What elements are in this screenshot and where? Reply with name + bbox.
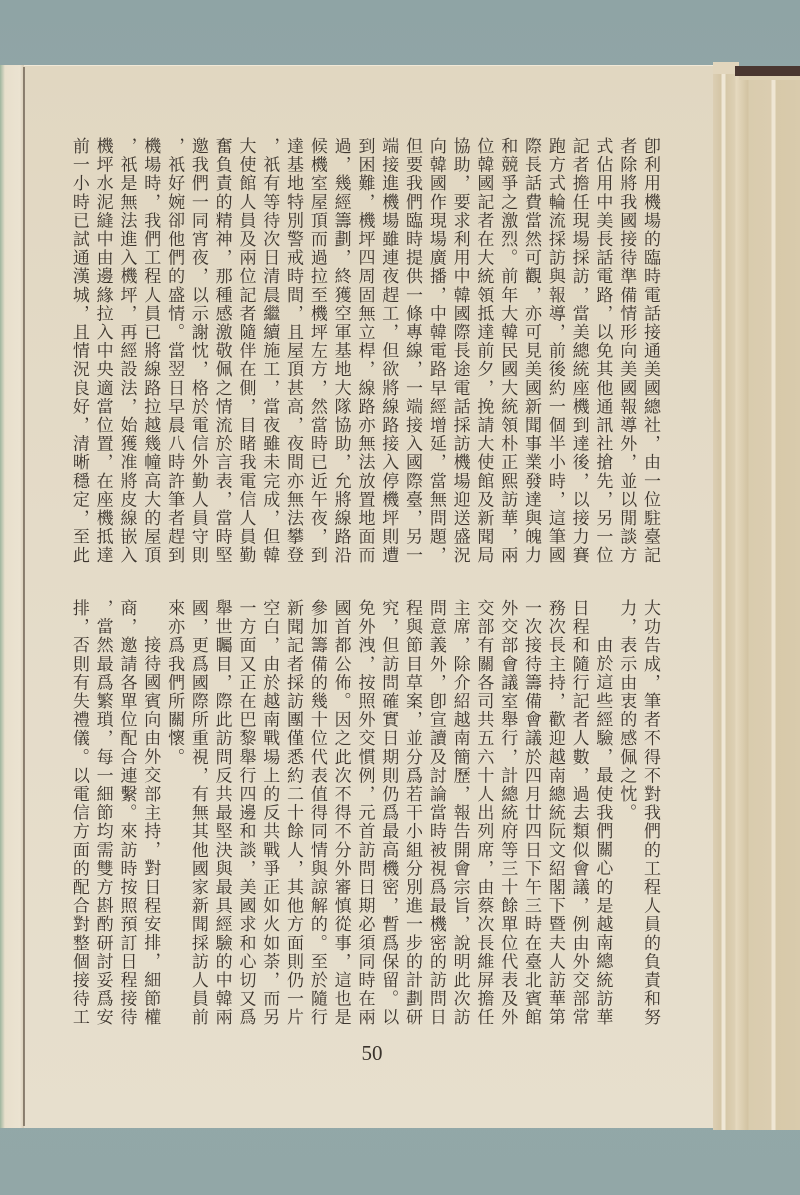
text-column: 協助，要求利用中韓國際長途電話採訪機場迎送盛況 <box>447 137 471 572</box>
text-column: 程與節目草案，並分爲若干小組分別進一步的計劃研 <box>399 599 423 1034</box>
text-column: 機坪水泥縫中由邊緣拉入中央適當位置，在座機抵達 <box>90 137 114 572</box>
text-column: 參加籌備的幾十位代表值得同情與諒解的。至於隨行 <box>304 599 328 1034</box>
text-column: 前一小時已試通漢城，且情況良好，清晰穩定，至此 <box>66 137 90 572</box>
text-column: 達基地特別警戒時間，且屋頂甚高，夜間亦無法攀登 <box>280 137 304 572</box>
text-column: 過，幾經籌劃，終獲空軍基地大隊協助，允將線路沿 <box>328 137 352 572</box>
text-column: 主席，除介紹越南簡歷，報告開會宗旨，說明此次訪 <box>447 599 471 1034</box>
text-column: 空白，由於越南戰場上的反共戰爭正如火如荼，而另 <box>256 599 280 1034</box>
book-cover-edge <box>735 66 800 76</box>
text-column: 新聞記者採訪團僅悉約二十餘人，其他方面則仍一片 <box>280 599 304 1034</box>
text-column: 奮負責的精神，那種感激敬佩之情流於言表，當時堅 <box>209 137 233 572</box>
lower-text-block: 大功告成，筆者不得不對我們的工程人員的負責和努 力，表示由衷的感佩之忱。 由於這… <box>64 599 661 1034</box>
text-column: 際長話費當然可觀，亦可見美國新聞事業發達與魄力 <box>518 137 542 572</box>
text-column: 究，但訪問確實日期則仍爲最高機密，暫爲保留。以 <box>375 599 399 1034</box>
text-column: 記者擔任現場採訪，當美總統座機到達後，以接力賽 <box>566 137 590 572</box>
text-column: 舉世矚目，際此訪問反共最堅決與最具經驗的中韓兩 <box>209 599 233 1034</box>
text-column: 一次接待籌備會議於四月廿四日下午三時在臺北賓館 <box>518 599 542 1034</box>
text-column: 日程和隨行記者人數，過去類似會議，例由外交部常 <box>566 599 590 1034</box>
text-column: 式佔用中美長話電路，以免其他通訊社搶先，另一位 <box>590 137 614 572</box>
text-column: 來亦爲我們所關懷。 <box>161 599 185 1034</box>
text-column: 商，邀請各單位配合連繫。來訪時按照預訂日程接待 <box>114 599 138 1034</box>
text-column: 跑方式輪流採訪與報導，前後約一個半小時，這筆國 <box>542 137 566 572</box>
text-column: 排，否則有失禮儀。以電信方面的配合對整個接待工 <box>66 599 90 1034</box>
text-column: 國首都公佈。因之此次不得不分外審慎從事，這也是 <box>328 599 352 1034</box>
binding-gutter <box>23 67 25 1126</box>
text-column: ，祇有等待次日清晨繼續施工，當夜雖未完成，但韓 <box>256 137 280 572</box>
text-column: ，當然最爲繁瑣，每一細節均需雙方斟酌研討妥爲安 <box>90 599 114 1034</box>
text-column: 交部有關各司共五六十人出列席，由蔡次長維屏擔任 <box>471 599 495 1034</box>
text-column: 一方面又正在巴黎舉行四邊和談，美國求和心切又爲 <box>233 599 257 1034</box>
text-column: 者除將我國接待準備情形向美國報導外，並以閒談方 <box>613 137 637 572</box>
text-column: 和競爭之激烈。前年大韓民國大統領朴正熙訪華，兩 <box>494 137 518 572</box>
page-number: 50 <box>352 1041 392 1066</box>
text-column: 大使館人員及兩位記者隨伴在側，目睹我電信人員勤 <box>233 137 257 572</box>
text-column: 國，更爲國際所重視，有無其他國家新聞採訪人員前 <box>185 599 209 1034</box>
text-column: 候機室屋頂而過拉至機坪左方，然當時已近午夜，到 <box>304 137 328 572</box>
paragraph-start-column: 接待國賓向由外交部主持，對日程安排，細節權 <box>137 599 161 1034</box>
text-column: 端接進機場雖連夜趕工，但欲將線路接入停機坪則遭 <box>375 137 399 572</box>
text-column: ，祇是無法進入機坪，再經設法，始獲准將皮線嵌入 <box>114 137 138 572</box>
text-column: 力，表示由衷的感佩之忱。 <box>613 599 637 1034</box>
text-column: 邀我們一同宵夜，以示謝忱，格於電信外勤人員守則 <box>185 137 209 572</box>
text-column: ，祇好婉卻他們的盛情。當翌日早晨八時許筆者趕到 <box>161 137 185 572</box>
text-column: 免外洩，按照外交慣例，元首訪問日期必須同時在兩 <box>352 599 376 1034</box>
text-column: 位韓國記者在大統領抵達前夕，挽請大使館及新聞局 <box>471 137 495 572</box>
text-column: 到困難，機坪四周固無立桿，線路亦無法放置地面而 <box>352 137 376 572</box>
paragraph-start-column: 由於這些經驗，最使我們關心的是越南總統訪華 <box>590 599 614 1034</box>
upper-text-block: 卽利用機場的臨時電話接通美國總社，由一位駐臺記 者除將我國接待準備情形向美國報導… <box>64 137 661 572</box>
text-column: 大功告成，筆者不得不對我們的工程人員的負責和努 <box>637 599 661 1034</box>
text-column: 外交部會議室舉行，計總統府等三十餘單位代表及外 <box>494 599 518 1034</box>
text-column: 但要我們臨時提供一條專線，一端接入國際臺，另一 <box>399 137 423 572</box>
text-column: 卽利用機場的臨時電話接通美國總社，由一位駐臺記 <box>637 137 661 572</box>
text-column: 問意義外，卽宣讀及討論當時被視爲最機密的訪問日 <box>423 599 447 1034</box>
text-column: 機場時，我們工程人員已將線路拉越幾幢高大的屋頂 <box>137 137 161 572</box>
text-column: 務次長主持，歡迎越南總統阮文紹閣下暨夫人訪華第 <box>542 599 566 1034</box>
page-stack-edges <box>713 72 800 1130</box>
facing-page-edge <box>0 65 24 1128</box>
text-column: 向韓國作現場廣播，中韓電路早經增延，當無問題， <box>423 137 447 572</box>
